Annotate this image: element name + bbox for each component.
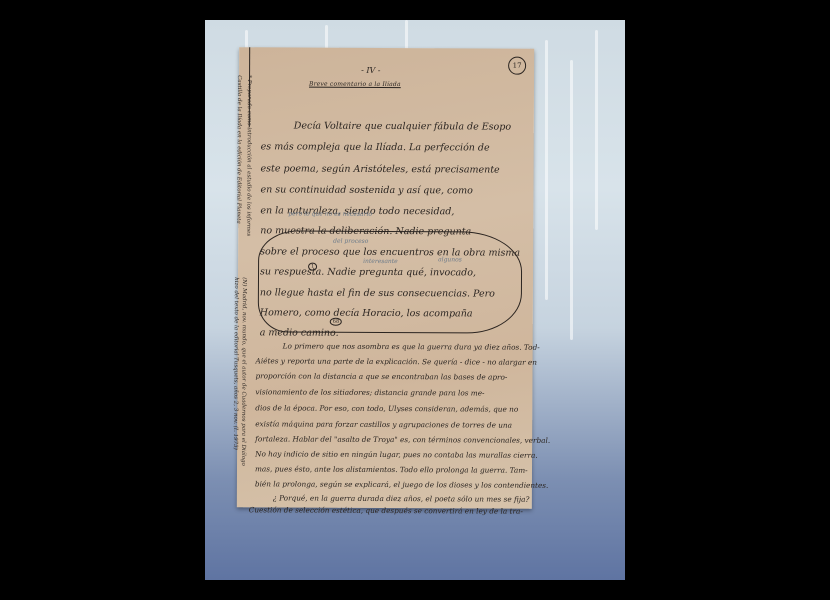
text-line: bién la prolonga, según se explicará, el… bbox=[255, 478, 549, 492]
light-streak bbox=[595, 30, 598, 230]
text-line: Lo primero que nos asombra es que la gue… bbox=[283, 340, 540, 353]
text-line: en su continuidad sostenida y así que, c… bbox=[260, 184, 472, 197]
page-number: 17 bbox=[508, 57, 526, 75]
text-line: mas, pues ésto, ante los alistamientos. … bbox=[255, 463, 528, 476]
document-title: Breve comentario a la Ilíada bbox=[309, 81, 401, 88]
text-line: fortaleza. Hablar del "asalto de Troya" … bbox=[255, 433, 550, 447]
margin-note: Castilla de la Ilíada en la edición de E… bbox=[234, 75, 243, 224]
text-line: dios de la época. Por eso, con todo, Uly… bbox=[255, 402, 518, 415]
text-line: es más compleja que la Ilíada. La perfec… bbox=[261, 141, 490, 154]
section-number: - IV - bbox=[361, 66, 380, 75]
margin-note: * Preparado como introducción al estudio… bbox=[244, 75, 253, 236]
text-line: existía máquina para forzar castillos y … bbox=[255, 418, 512, 431]
text-line: visionamiento de los sitiadores; distanc… bbox=[255, 386, 484, 399]
margin-note: hizo del texto de la editorial Tusquets,… bbox=[231, 277, 240, 450]
text-line: Aiétes y reporta una parte de la explica… bbox=[256, 355, 537, 368]
manuscript-page: 17 - IV - Breve comentario a la Ilíada *… bbox=[237, 47, 534, 509]
text-line: Decía Voltaire que cualquier fábula de E… bbox=[294, 121, 511, 134]
insertion-bubble bbox=[258, 230, 523, 333]
margin-note: (N) Madrid, nov. mundo, que el autor de … bbox=[239, 277, 248, 466]
light-streak bbox=[545, 40, 548, 300]
text-line: Cuestión de selección estética, que desp… bbox=[249, 504, 523, 517]
text-line: proporción con la distancia a que se enc… bbox=[255, 370, 507, 383]
text-line: este poema, según Aristóteles, está prec… bbox=[261, 163, 500, 176]
light-streak bbox=[570, 60, 573, 340]
pencil-annotation: pero lo que no es necesario bbox=[288, 210, 372, 217]
text-line: No hay indicio de sitio en ningún lugar,… bbox=[255, 448, 538, 461]
